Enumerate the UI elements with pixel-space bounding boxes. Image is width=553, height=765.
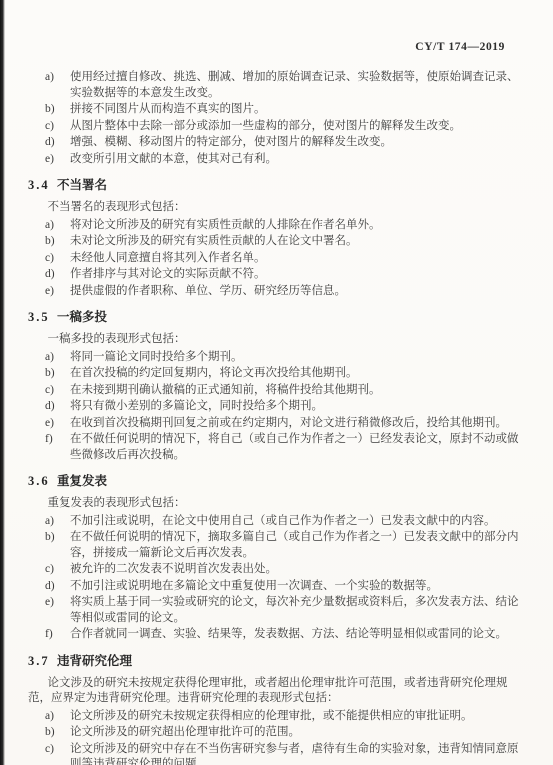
- list-item: a) 将对论文所涉及的研究有实质性贡献的人排除在作者名单外。: [45, 218, 522, 234]
- clause-list-3-7: a) 论文所涉及的研究未按规定获得相应的伦理审批，或不能提供相应的审批证明。 b…: [28, 709, 522, 765]
- item-text: 将实质上基于同一实验或研究的论文，每次补充少量数据或资料后，多次发表方法、结论等…: [70, 595, 522, 626]
- list-item: d) 作者排序与其对论文的实际贡献不符。: [45, 267, 522, 283]
- section-number: 3.7: [28, 652, 57, 670]
- list-item: c) 从图片整体中去除一部分或添加一些虚构的部分，使对图片的解释发生改变。: [45, 119, 522, 135]
- list-item: e) 提供虚假的作者职称、单位、学历、研究经历等信息。: [45, 284, 522, 300]
- section-3-7: 3.7 违背研究伦理 论文涉及的研究未按规定获得伦理审批，或者超出伦理审批许可范…: [28, 652, 522, 765]
- section-heading: 3.7 违背研究伦理: [28, 652, 522, 670]
- section-title: 一稿多投: [57, 308, 107, 326]
- list-item: e) 将实质上基于同一实验或研究的论文，每次补充少量数据或资料后，多次发表方法、…: [45, 595, 522, 626]
- item-text: 不加引注或说明，在论文中使用自己（或自己作为作者之一）已发表文献中的内容。: [70, 514, 522, 530]
- list-item: b) 在不做任何说明的情况下，摘取多篇自己（或自己作为作者之一）已发表文献中的部…: [45, 530, 522, 561]
- section-heading: 3.5 一稿多投: [28, 308, 522, 326]
- section-intro: 一稿多投的表现形式包括：: [28, 332, 522, 348]
- item-marker: b): [45, 530, 70, 561]
- list-item: a) 不加引注或说明，在论文中使用自己（或自己作为作者之一）已发表文献中的内容。: [45, 514, 522, 530]
- section-title: 违背研究伦理: [57, 652, 132, 670]
- section-3-4: 3.4 不当署名 不当署名的表现形式包括： a) 将对论文所涉及的研究有实质性贡…: [28, 176, 522, 299]
- item-marker: b): [45, 725, 70, 741]
- item-text: 从图片整体中去除一部分或添加一些虚构的部分，使对图片的解释发生改变。: [70, 119, 522, 135]
- list-item: d) 不加引注或说明地在多篇论文中重复使用一次调查、一个实验的数据等。: [45, 579, 522, 595]
- list-item: d) 将只有微小差别的多篇论文，同时投给多个期刊。: [45, 399, 522, 415]
- document-number-header: CY/T 174—2019: [28, 40, 522, 54]
- item-marker: c): [45, 562, 70, 578]
- clause-list-3-3: a) 使用经过擅自修改、挑选、删减、增加的原始调查记录、实验数据等，使原始调查记…: [28, 70, 522, 167]
- list-item: c) 在未接到期刊确认撤稿的正式通知前，将稿件投给其他期刊。: [45, 383, 522, 399]
- section-title: 重复发表: [57, 472, 107, 490]
- item-text: 在未接到期刊确认撤稿的正式通知前，将稿件投给其他期刊。: [70, 383, 522, 399]
- section-heading: 3.4 不当署名: [28, 176, 522, 194]
- item-text: 将对论文所涉及的研究有实质性贡献的人排除在作者名单外。: [70, 218, 522, 234]
- item-marker: e): [45, 416, 70, 432]
- section-intro: 重复发表的表现形式包括：: [28, 496, 522, 512]
- scan-edge-artifact: [0, 0, 5, 765]
- list-item: c) 未经他人同意擅自将其列入作者名单。: [45, 251, 522, 267]
- item-marker: a): [45, 709, 70, 725]
- section-heading: 3.6 重复发表: [28, 472, 522, 490]
- item-text: 未对论文所涉及的研究有实质性贡献的人在论文中署名。: [70, 234, 522, 250]
- item-marker: d): [45, 579, 70, 595]
- item-marker: b): [45, 102, 70, 118]
- section-intro: 不当署名的表现形式包括：: [28, 200, 522, 216]
- item-text: 改变所引用文献的本意，使其对己有利。: [70, 152, 522, 168]
- item-marker: a): [45, 218, 70, 234]
- list-item: c) 被允许的二次发表不说明首次发表出处。: [45, 562, 522, 578]
- item-marker: d): [45, 135, 70, 151]
- item-marker: a): [45, 70, 70, 101]
- section-3-6: 3.6 重复发表 重复发表的表现形式包括： a) 不加引注或说明，在论文中使用自…: [28, 472, 522, 643]
- item-text: 拼接不同图片从而构造不真实的图片。: [70, 102, 522, 118]
- list-item: c) 论文所涉及的研究中存在不当伤害研究参与者，虐待有生命的实验对象，违背知情同…: [45, 742, 522, 765]
- list-item: e) 在收到首次投稿期刊回复之前或在约定期内，对论文进行稍微修改后，投给其他期刊…: [45, 416, 522, 432]
- item-text: 在首次投稿的约定回复期内，将论文再次投给其他期刊。: [70, 366, 522, 382]
- list-item: a) 论文所涉及的研究未按规定获得相应的伦理审批，或不能提供相应的审批证明。: [45, 709, 522, 725]
- item-text: 论文所涉及的研究未按规定获得相应的伦理审批，或不能提供相应的审批证明。: [70, 709, 522, 725]
- list-item: b) 在首次投稿的约定回复期内，将论文再次投给其他期刊。: [45, 366, 522, 382]
- section-number: 3.4: [28, 176, 57, 194]
- item-text: 未经他人同意擅自将其列入作者名单。: [70, 251, 522, 267]
- item-text: 作者排序与其对论文的实际贡献不符。: [70, 267, 522, 283]
- item-text: 将同一篇论文同时投给多个期刊。: [70, 350, 522, 366]
- item-text: 在不做任何说明的情况下，摘取多篇自己（或自己作为作者之一）已发表文献中的部分内容…: [70, 530, 522, 561]
- section-number: 3.5: [28, 308, 57, 326]
- item-text: 论文所涉及的研究中存在不当伤害研究参与者，虐待有生命的实验对象，违背知情同意原则…: [70, 742, 522, 765]
- list-item: a) 将同一篇论文同时投给多个期刊。: [45, 350, 522, 366]
- list-item: d) 增强、模糊、移动图片的特定部分，使对图片的解释发生改变。: [45, 135, 522, 151]
- clause-list-3-5: a) 将同一篇论文同时投给多个期刊。 b) 在首次投稿的约定回复期内，将论文再次…: [28, 350, 522, 464]
- section-title: 不当署名: [57, 176, 107, 194]
- item-text: 增强、模糊、移动图片的特定部分，使对图片的解释发生改变。: [70, 135, 522, 151]
- item-marker: c): [45, 251, 70, 267]
- section-number: 3.6: [28, 472, 57, 490]
- item-marker: f): [45, 432, 70, 463]
- item-marker: c): [45, 383, 70, 399]
- clause-list-3-4: a) 将对论文所涉及的研究有实质性贡献的人排除在作者名单外。 b) 未对论文所涉…: [28, 218, 522, 300]
- clause-list-3-6: a) 不加引注或说明，在论文中使用自己（或自己作为作者之一）已发表文献中的内容。…: [28, 514, 522, 643]
- list-item: b) 未对论文所涉及的研究有实质性贡献的人在论文中署名。: [45, 234, 522, 250]
- item-marker: e): [45, 595, 70, 626]
- item-marker: f): [45, 627, 70, 643]
- item-text: 合作者就同一调查、实验、结果等，发表数据、方法、结论等明显相似或雷同的论文。: [70, 627, 522, 643]
- item-text: 不加引注或说明地在多篇论文中重复使用一次调查、一个实验的数据等。: [70, 579, 522, 595]
- item-text: 在不做任何说明的情况下，将自己（或自己作为作者之一）已经发表论文，原封不动或做些…: [70, 432, 522, 463]
- item-text: 在收到首次投稿期刊回复之前或在约定期内，对论文进行稍微修改后，投给其他期刊。: [70, 416, 522, 432]
- scanned-document-page: CY/T 174—2019 a) 使用经过擅自修改、挑选、删减、增加的原始调查记…: [0, 0, 553, 765]
- list-item: f) 合作者就同一调查、实验、结果等，发表数据、方法、结论等明显相似或雷同的论文…: [45, 627, 522, 643]
- item-text: 使用经过擅自修改、挑选、删减、增加的原始调查记录、实验数据等，使原始调查记录、实…: [70, 70, 522, 101]
- item-marker: d): [45, 399, 70, 415]
- item-marker: b): [45, 234, 70, 250]
- section-3-5: 3.5 一稿多投 一稿多投的表现形式包括： a) 将同一篇论文同时投给多个期刊。…: [28, 308, 522, 463]
- item-marker: e): [45, 284, 70, 300]
- item-marker: d): [45, 267, 70, 283]
- item-marker: c): [45, 742, 70, 765]
- item-marker: a): [45, 350, 70, 366]
- section-paragraph: 论文涉及的研究未按规定获得伦理审批，或者超出伦理审批许可范围，或者违背研究伦理规…: [28, 676, 522, 707]
- list-item: b) 论文所涉及的研究超出伦理审批许可的范围。: [45, 725, 522, 741]
- item-text: 提供虚假的作者职称、单位、学历、研究经历等信息。: [70, 284, 522, 300]
- page-content: CY/T 174—2019 a) 使用经过擅自修改、挑选、删减、增加的原始调查记…: [0, 0, 553, 765]
- item-text: 论文所涉及的研究超出伦理审批许可的范围。: [70, 725, 522, 741]
- item-marker: a): [45, 514, 70, 530]
- list-item: b) 拼接不同图片从而构造不真实的图片。: [45, 102, 522, 118]
- item-text: 将只有微小差别的多篇论文，同时投给多个期刊。: [70, 399, 522, 415]
- item-marker: b): [45, 366, 70, 382]
- item-marker: e): [45, 152, 70, 168]
- list-item: e) 改变所引用文献的本意，使其对己有利。: [45, 152, 522, 168]
- list-item: a) 使用经过擅自修改、挑选、删减、增加的原始调查记录、实验数据等，使原始调查记…: [45, 70, 522, 101]
- item-text: 被允许的二次发表不说明首次发表出处。: [70, 562, 522, 578]
- list-item: f) 在不做任何说明的情况下，将自己（或自己作为作者之一）已经发表论文，原封不动…: [45, 432, 522, 463]
- item-marker: c): [45, 119, 70, 135]
